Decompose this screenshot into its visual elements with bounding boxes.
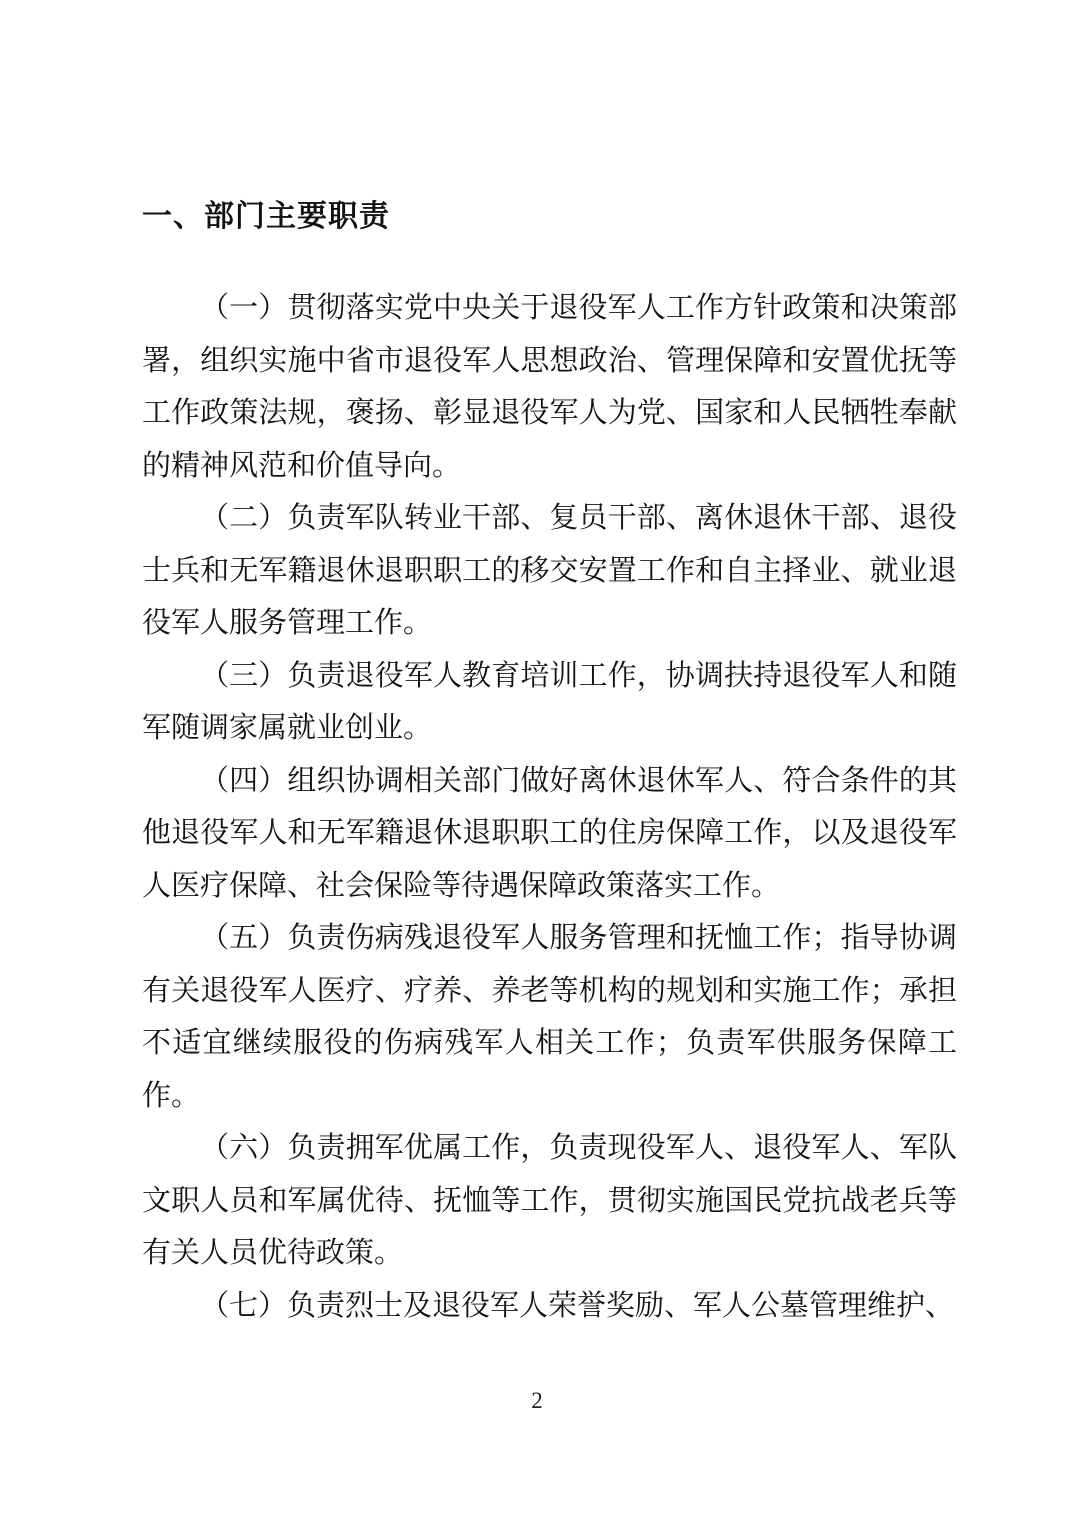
section-heading: 一、部门主要职责 xyxy=(142,196,957,238)
paragraph-6: （六）负责拥军优属工作，负责现役军人、退役军人、军队文职人员和军属优待、抚恤等工… xyxy=(142,1122,957,1280)
paragraph-2: （二）负责军队转业干部、复员干部、离休退休干部、退役士兵和无军籍退休退职职工的移… xyxy=(142,492,957,650)
document-page: 一、部门主要职责 （一）贯彻落实党中央关于退役军人工作方针政策和决策部署，组织实… xyxy=(0,0,1074,1520)
paragraph-7: （七）负责烈士及退役军人荣誉奖励、军人公墓管理维护、 xyxy=(142,1280,957,1333)
paragraph-1: （一）贯彻落实党中央关于退役军人工作方针政策和决策部署，组织实施中省市退役军人思… xyxy=(142,282,957,492)
paragraph-5: （五）负责伤病残退役军人服务管理和抚恤工作；指导协调有关退役军人医疗、疗养、养老… xyxy=(142,912,957,1122)
paragraph-4: （四）组织协调相关部门做好离休退休军人、符合条件的其他退役军人和无军籍退休退职职… xyxy=(142,755,957,913)
paragraph-3: （三）负责退役军人教育培训工作，协调扶持退役军人和随军随调家属就业创业。 xyxy=(142,650,957,755)
document-body: （一）贯彻落实党中央关于退役军人工作方针政策和决策部署，组织实施中省市退役军人思… xyxy=(142,282,957,1332)
page-number: 2 xyxy=(0,1388,1074,1414)
